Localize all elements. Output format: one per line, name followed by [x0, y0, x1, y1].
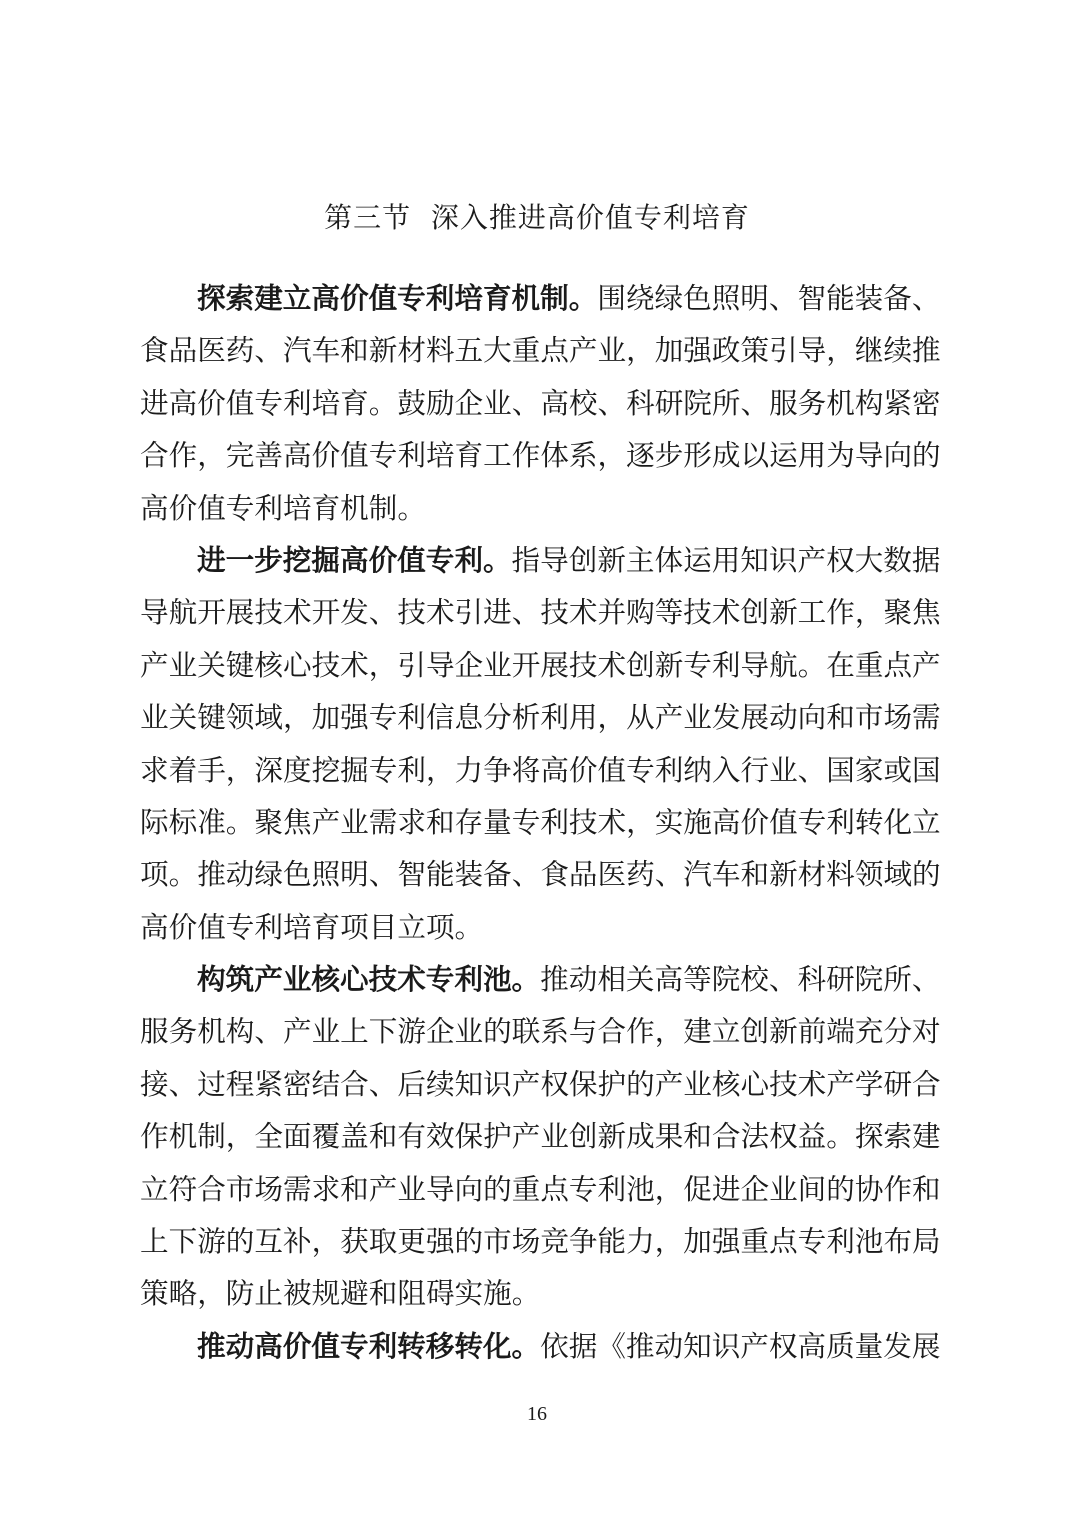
paragraph-line: 进一步挖掘高价值专利。指导创新主体运用知识产权大数据	[140, 534, 940, 586]
paragraph-text: 指导创新主体运用知识产权大数据	[512, 543, 941, 577]
paragraph-transfer: 推动高价值专利转移转化。依据《推动知识产权高质量发展	[140, 1320, 940, 1372]
paragraph-heading: 探索建立高价值专利培育机制。	[197, 281, 597, 315]
paragraph-line: 作机制，全面覆盖和有效保护产业创新成果和合法权益。探索建	[140, 1110, 940, 1162]
document-body: 探索建立高价值专利培育机制。围绕绿色照明、智能装备、 食品医药、汽车和新材料五大…	[140, 272, 940, 1372]
paragraph-mining: 进一步挖掘高价值专利。指导创新主体运用知识产权大数据 导航开展技术开发、技术引进…	[140, 534, 940, 953]
paragraph-text: 推动相关高等院校、科研院所、	[540, 962, 940, 996]
paragraph-patent-pool: 构筑产业核心技术专利池。推动相关高等院校、科研院所、 服务机构、产业上下游企业的…	[140, 953, 940, 1320]
paragraph-line: 接、过程紧密结合、后续知识产权保护的产业核心技术产学研合	[140, 1058, 940, 1110]
paragraph-line: 立符合市场需求和产业导向的重点专利池，促进企业间的协作和	[140, 1163, 940, 1215]
paragraph-line: 业关键领域，加强专利信息分析利用，从产业发展动向和市场需	[140, 691, 940, 743]
paragraph-heading: 构筑产业核心技术专利池。	[197, 962, 540, 996]
paragraph-line: 策略，防止被规避和阻碍实施。	[140, 1267, 940, 1319]
paragraph-line: 高价值专利培育项目立项。	[140, 901, 940, 953]
paragraph-line: 导航开展技术开发、技术引进、技术并购等技术创新工作，聚焦	[140, 586, 940, 638]
paragraph-line: 上下游的互补，获取更强的市场竞争能力，加强重点专利池布局	[140, 1215, 940, 1267]
paragraph-line: 探索建立高价值专利培育机制。围绕绿色照明、智能装备、	[140, 272, 940, 324]
paragraph-heading: 进一步挖掘高价值专利。	[197, 543, 512, 577]
paragraph-line: 食品医药、汽车和新材料五大重点产业，加强政策引导，继续推	[140, 324, 940, 376]
paragraph-line: 项。推动绿色照明、智能装备、食品医药、汽车和新材料领域的	[140, 848, 940, 900]
paragraph-line: 构筑产业核心技术专利池。推动相关高等院校、科研院所、	[140, 953, 940, 1005]
paragraph-line: 产业关键核心技术，引导企业开展技术创新专利导航。在重点产	[140, 639, 940, 691]
paragraph-line: 合作，完善高价值专利培育工作体系，逐步形成以运用为导向的	[140, 429, 940, 481]
paragraph-line: 际标准。聚焦产业需求和存量专利技术，实施高价值专利转化立	[140, 796, 940, 848]
page-number: 16	[0, 1400, 1074, 1428]
section-title: 第三节 深入推进高价值专利培育	[0, 198, 1074, 238]
paragraph-mechanism: 探索建立高价值专利培育机制。围绕绿色照明、智能装备、 食品医药、汽车和新材料五大…	[140, 272, 940, 534]
paragraph-heading: 推动高价值专利转移转化。	[197, 1329, 540, 1363]
paragraph-text: 依据《推动知识产权高质量发展	[540, 1329, 940, 1363]
paragraph-line: 服务机构、产业上下游企业的联系与合作，建立创新前端充分对	[140, 1005, 940, 1057]
paragraph-line: 求着手，深度挖掘专利，力争将高价值专利纳入行业、国家或国	[140, 744, 940, 796]
document-page: 第三节 深入推进高价值专利培育 探索建立高价值专利培育机制。围绕绿色照明、智能装…	[0, 0, 1074, 1520]
paragraph-text: 围绕绿色照明、智能装备、	[597, 281, 940, 315]
paragraph-line: 高价值专利培育机制。	[140, 482, 940, 534]
paragraph-line: 推动高价值专利转移转化。依据《推动知识产权高质量发展	[140, 1320, 940, 1372]
paragraph-line: 进高价值专利培育。鼓励企业、高校、科研院所、服务机构紧密	[140, 377, 940, 429]
